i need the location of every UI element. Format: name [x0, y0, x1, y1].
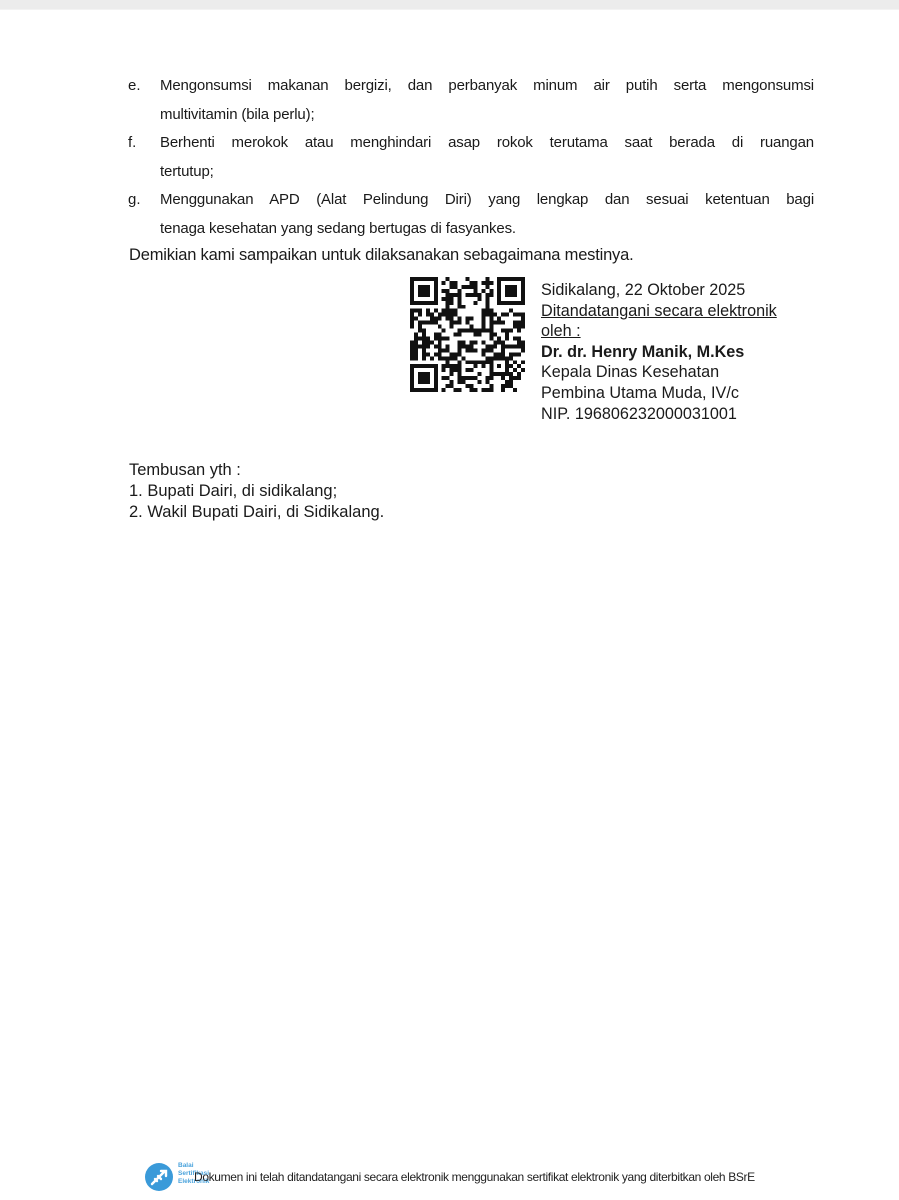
- list-item: e. Mengonsumsi makanan bergizi, dan perb…: [128, 72, 814, 129]
- list-marker: e.: [128, 72, 158, 101]
- list-item-line: tenaga kesehatan yang sedang bertugas di…: [160, 220, 516, 237]
- list-item: f. Berhenti merokok atau menghindari asa…: [128, 129, 814, 186]
- copy-recipient: 2. Wakil Bupati Dairi, di Sidikalang.: [129, 502, 384, 523]
- list-item-line: Menggunakan APD (Alat Pelindung Diri) ya…: [160, 186, 814, 215]
- copy-recipient: 1. Bupati Dairi, di sidikalang;: [129, 481, 384, 502]
- list-item: g. Menggunakan APD (Alat Pelindung Diri)…: [128, 186, 814, 243]
- bsre-logo-icon: [144, 1162, 174, 1192]
- viewer-top-bar: [0, 0, 899, 10]
- footer: Balai Sertifikasi Elektronik Dokumen ini…: [144, 1160, 824, 1192]
- list-item-line: multivitamin (bila perlu);: [160, 106, 314, 123]
- signer-position: Kepala Dinas Kesehatan: [541, 362, 777, 383]
- e-signature-note: Dokumen ini telah ditandatangani secara …: [194, 1170, 755, 1184]
- signed-label: Ditandatangani secara elektronik: [541, 301, 777, 322]
- qr-code-icon: [410, 277, 525, 392]
- signer-nip: NIP. 196806232000031001: [541, 404, 777, 425]
- recommendation-list: e. Mengonsumsi makanan bergizi, dan perb…: [128, 72, 814, 243]
- closing-statement: Demikian kami sampaikan untuk dilaksanak…: [129, 246, 633, 265]
- copies-heading: Tembusan yth :: [129, 460, 384, 481]
- signer-name: Dr. dr. Henry Manik, M.Kes: [541, 342, 777, 363]
- list-marker: f.: [128, 129, 158, 158]
- place-date: Sidikalang, 22 Oktober 2025: [541, 280, 777, 301]
- signer-rank: Pembina Utama Muda, IV/c: [541, 383, 777, 404]
- list-item-line: Berhenti merokok atau menghindari asap r…: [160, 129, 814, 158]
- list-item-line: tertutup;: [160, 163, 214, 180]
- signature-block: Sidikalang, 22 Oktober 2025 Ditandatanga…: [541, 280, 777, 424]
- list-marker: g.: [128, 186, 158, 215]
- list-item-line: Mengonsumsi makanan bergizi, dan perbany…: [160, 72, 814, 101]
- signed-by-label: oleh :: [541, 321, 777, 342]
- copies-section: Tembusan yth : 1. Bupati Dairi, di sidik…: [129, 460, 384, 523]
